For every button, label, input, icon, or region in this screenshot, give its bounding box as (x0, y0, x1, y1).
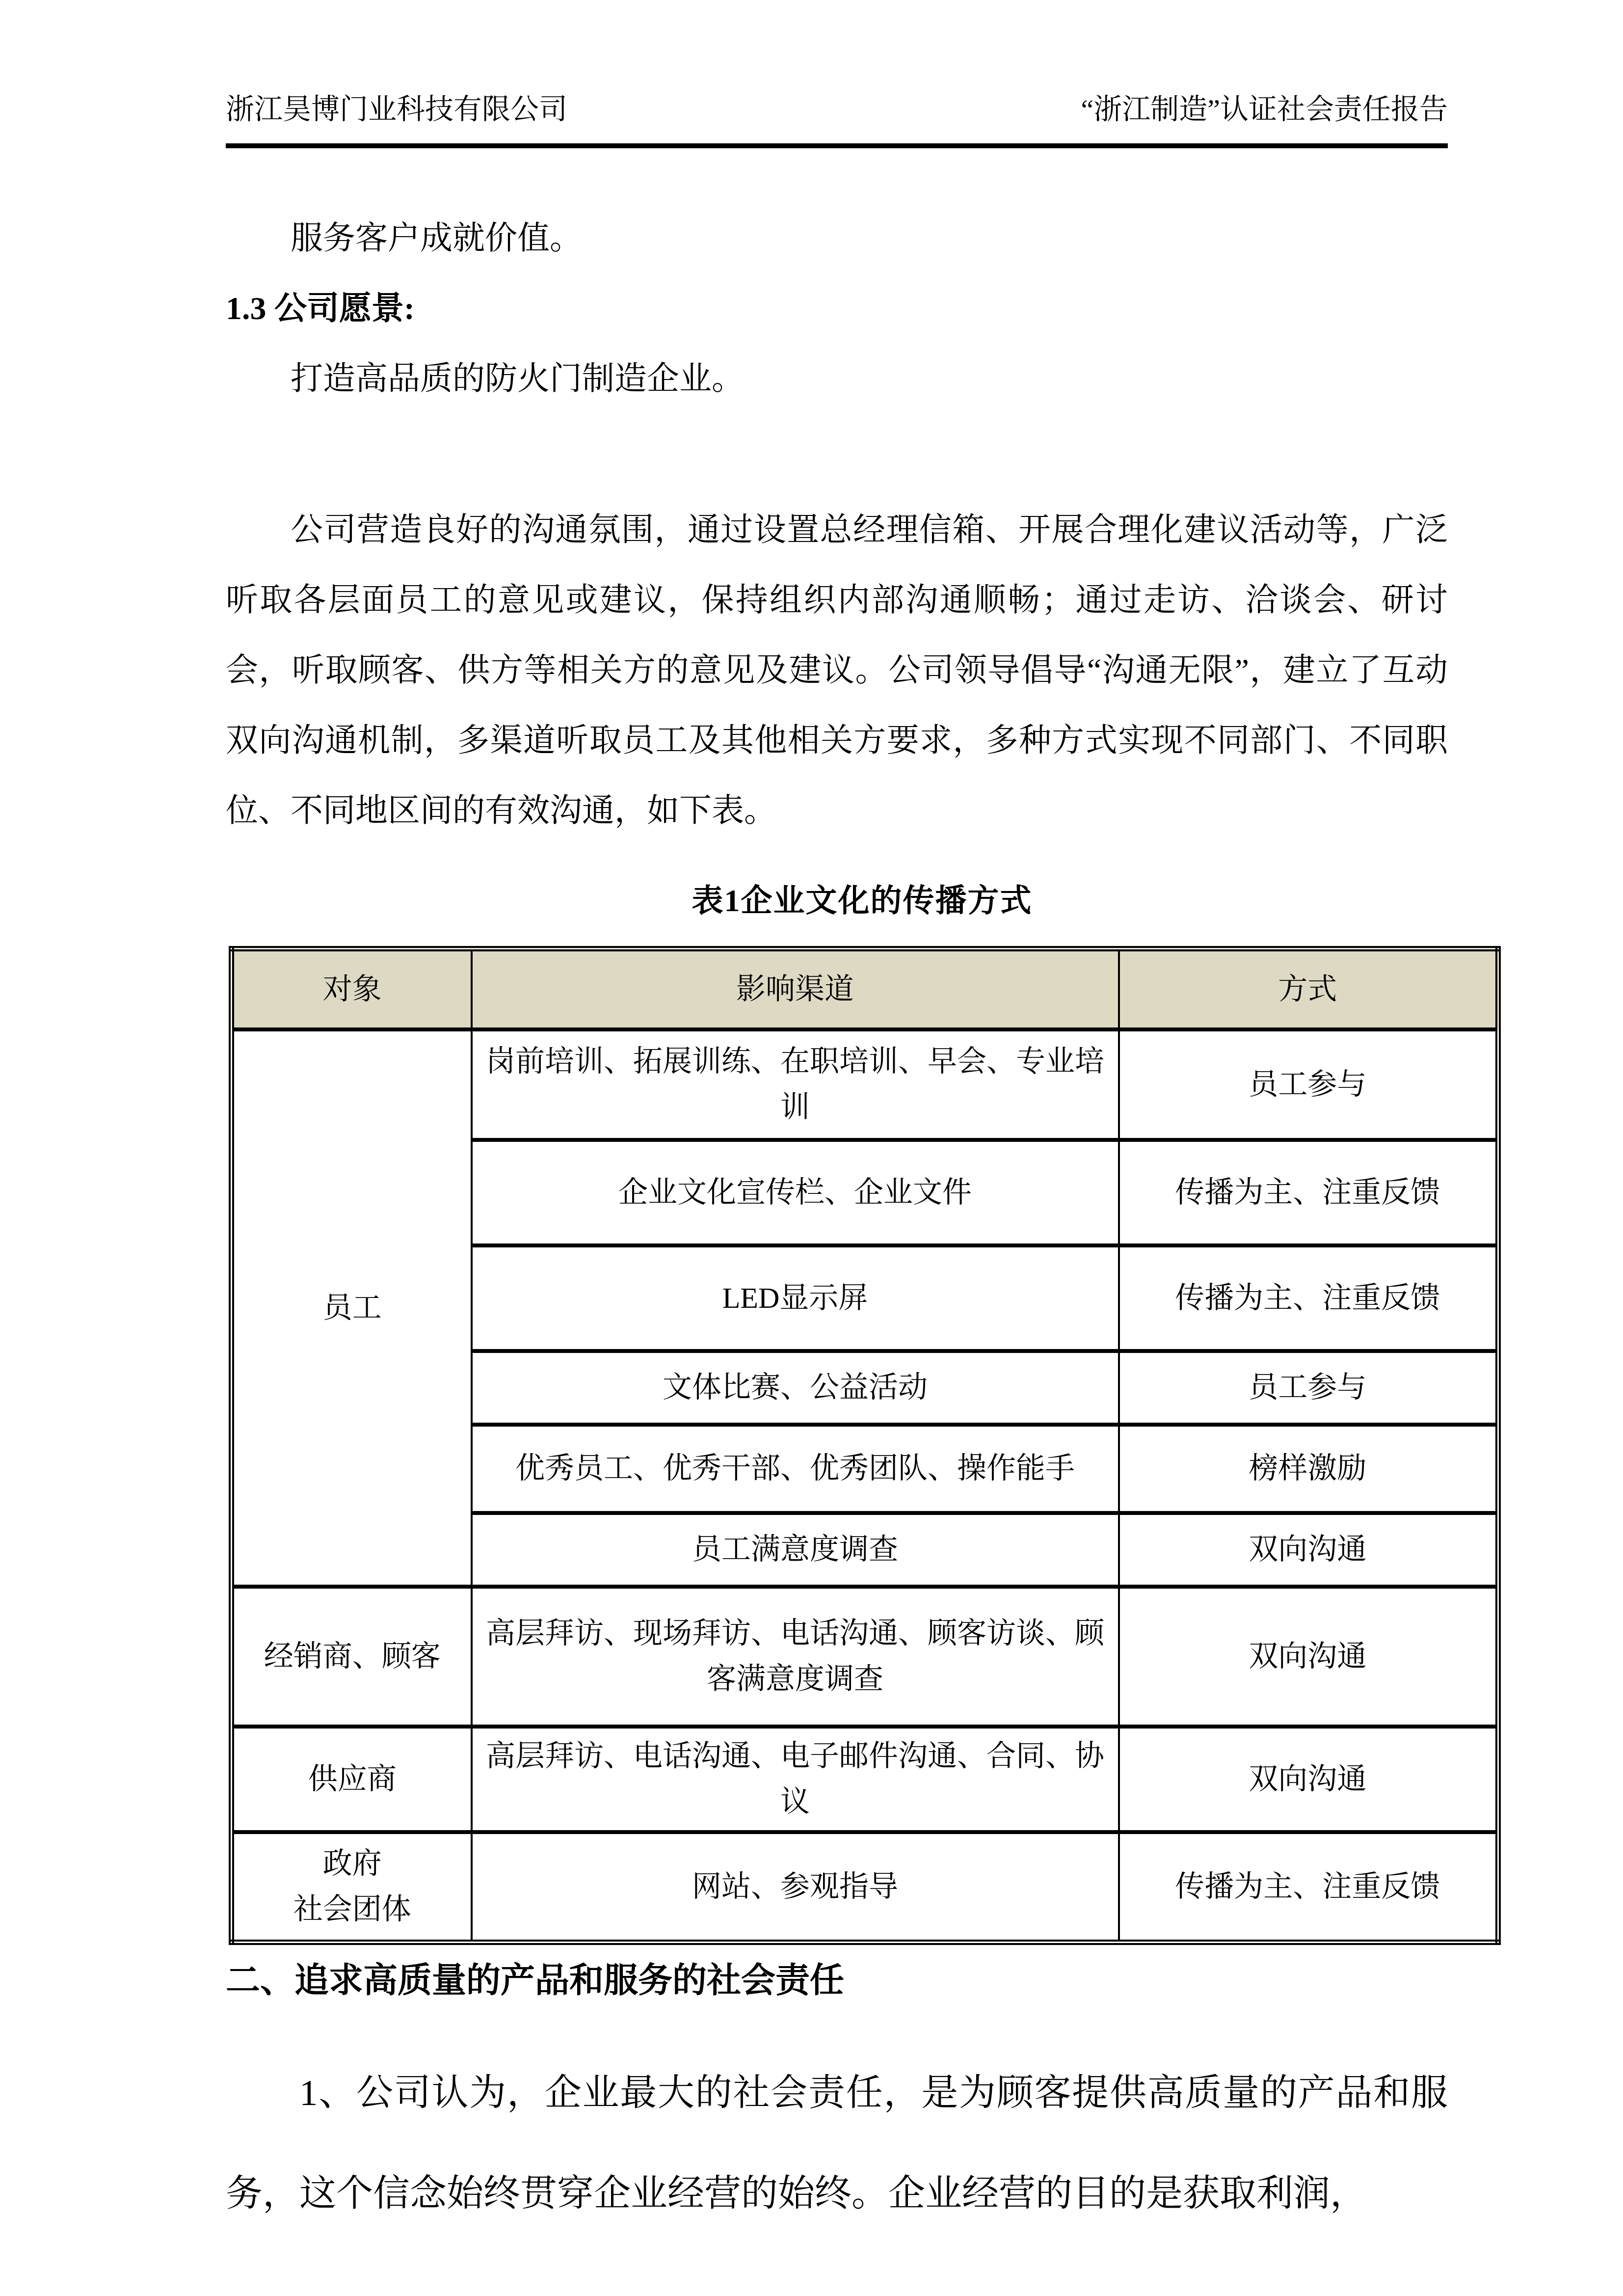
channel-cell: 员工满意度调查 (472, 1513, 1119, 1587)
method-cell: 员工参与 (1119, 1351, 1498, 1425)
section2-heading: 二、追求高质量的产品和服务的社会责任 (226, 1959, 1448, 2003)
method-cell: 双向沟通 (1119, 1727, 1498, 1832)
table-row: 经销商、顾客 高层拜访、现场拜访、电话沟通、顾客访谈、顾客满意度调查 双向沟通 (232, 1587, 1498, 1727)
channel-cell: 岗前培训、拓展训练、在职培训、早会、专业培训 (472, 1029, 1119, 1140)
channel-cell: 文体比赛、公益活动 (472, 1351, 1119, 1425)
running-header: 浙江昊博门业科技有限公司 “浙江制造”认证社会责任报告 (226, 0, 1448, 148)
culture-table-block: 表1企业文化的传播方式 对象 影响渠道 方式 员工 岗前培训、拓展训练、在职培训… (229, 875, 1495, 1945)
section2-paragraph: 1、公司认为，企业最大的社会责任，是为顾客提供高质量的产品和服务，这个信念始终贯… (226, 2043, 1448, 2244)
subject-cell-employees: 员工 (232, 1029, 472, 1587)
channel-cell: 高层拜访、电话沟通、电子邮件沟通、合同、协议 (472, 1727, 1119, 1832)
method-cell: 员工参与 (1119, 1029, 1498, 1140)
method-cell: 双向沟通 (1119, 1587, 1498, 1727)
method-cell: 传播为主、注重反馈 (1119, 1140, 1498, 1245)
table-title: 表1企业文化的传播方式 (229, 875, 1495, 920)
document-page: 浙江昊博门业科技有限公司 “浙江制造”认证社会责任报告 服务客户成就价值。 1.… (0, 0, 1623, 2296)
communication-paragraph: 公司营造良好的沟通氛围，通过设置总经理信箱、开展合理化建议活动等，广泛听取各层面… (226, 495, 1448, 846)
subject-cell-dealers-customers: 经销商、顾客 (232, 1587, 472, 1727)
method-cell: 传播为主、注重反馈 (1119, 1832, 1498, 1943)
subject-line-social-groups: 社会团体 (246, 1887, 459, 1932)
col-header-method: 方式 (1119, 948, 1498, 1029)
subject-line-government: 政府 (246, 1841, 459, 1887)
method-cell: 传播为主、注重反馈 (1119, 1245, 1498, 1351)
channel-cell: 企业文化宣传栏、企业文件 (472, 1140, 1119, 1245)
culture-table: 对象 影响渠道 方式 员工 岗前培训、拓展训练、在职培训、早会、专业培训 员工参… (229, 946, 1501, 1945)
table-header-row: 对象 影响渠道 方式 (232, 948, 1498, 1029)
section1-lines: 服务客户成就价值。 1.3 公司愿景: 打造高品质的防火门制造企业。 (226, 203, 1448, 414)
channel-cell: 高层拜访、现场拜访、电话沟通、顾客访谈、顾客满意度调查 (472, 1587, 1119, 1727)
channel-cell: LED显示屏 (472, 1245, 1119, 1351)
header-report-title: “浙江制造”认证社会责任报告 (1081, 92, 1448, 127)
col-header-subject: 对象 (232, 948, 472, 1029)
subject-cell-suppliers: 供应商 (232, 1727, 472, 1832)
col-header-channel: 影响渠道 (472, 948, 1119, 1029)
channel-cell: 优秀员工、优秀干部、优秀团队、操作能手 (472, 1425, 1119, 1513)
channel-cell: 网站、参观指导 (472, 1832, 1119, 1943)
table-row: 员工 岗前培训、拓展训练、在职培训、早会、专业培训 员工参与 (232, 1029, 1498, 1140)
value-statement: 服务客户成就价值。 (226, 203, 1448, 273)
vision-label: 1.3 公司愿景: (226, 273, 1448, 344)
table-row: 供应商 高层拜访、电话沟通、电子邮件沟通、合同、协议 双向沟通 (232, 1727, 1498, 1832)
method-cell: 榜样激励 (1119, 1425, 1498, 1513)
subject-cell-government: 政府 社会团体 (232, 1832, 472, 1943)
method-cell: 双向沟通 (1119, 1513, 1498, 1587)
table-row: 政府 社会团体 网站、参观指导 传播为主、注重反馈 (232, 1832, 1498, 1943)
vision-text: 打造高品质的防火门制造企业。 (226, 344, 1448, 414)
header-company-name: 浙江昊博门业科技有限公司 (226, 92, 567, 127)
